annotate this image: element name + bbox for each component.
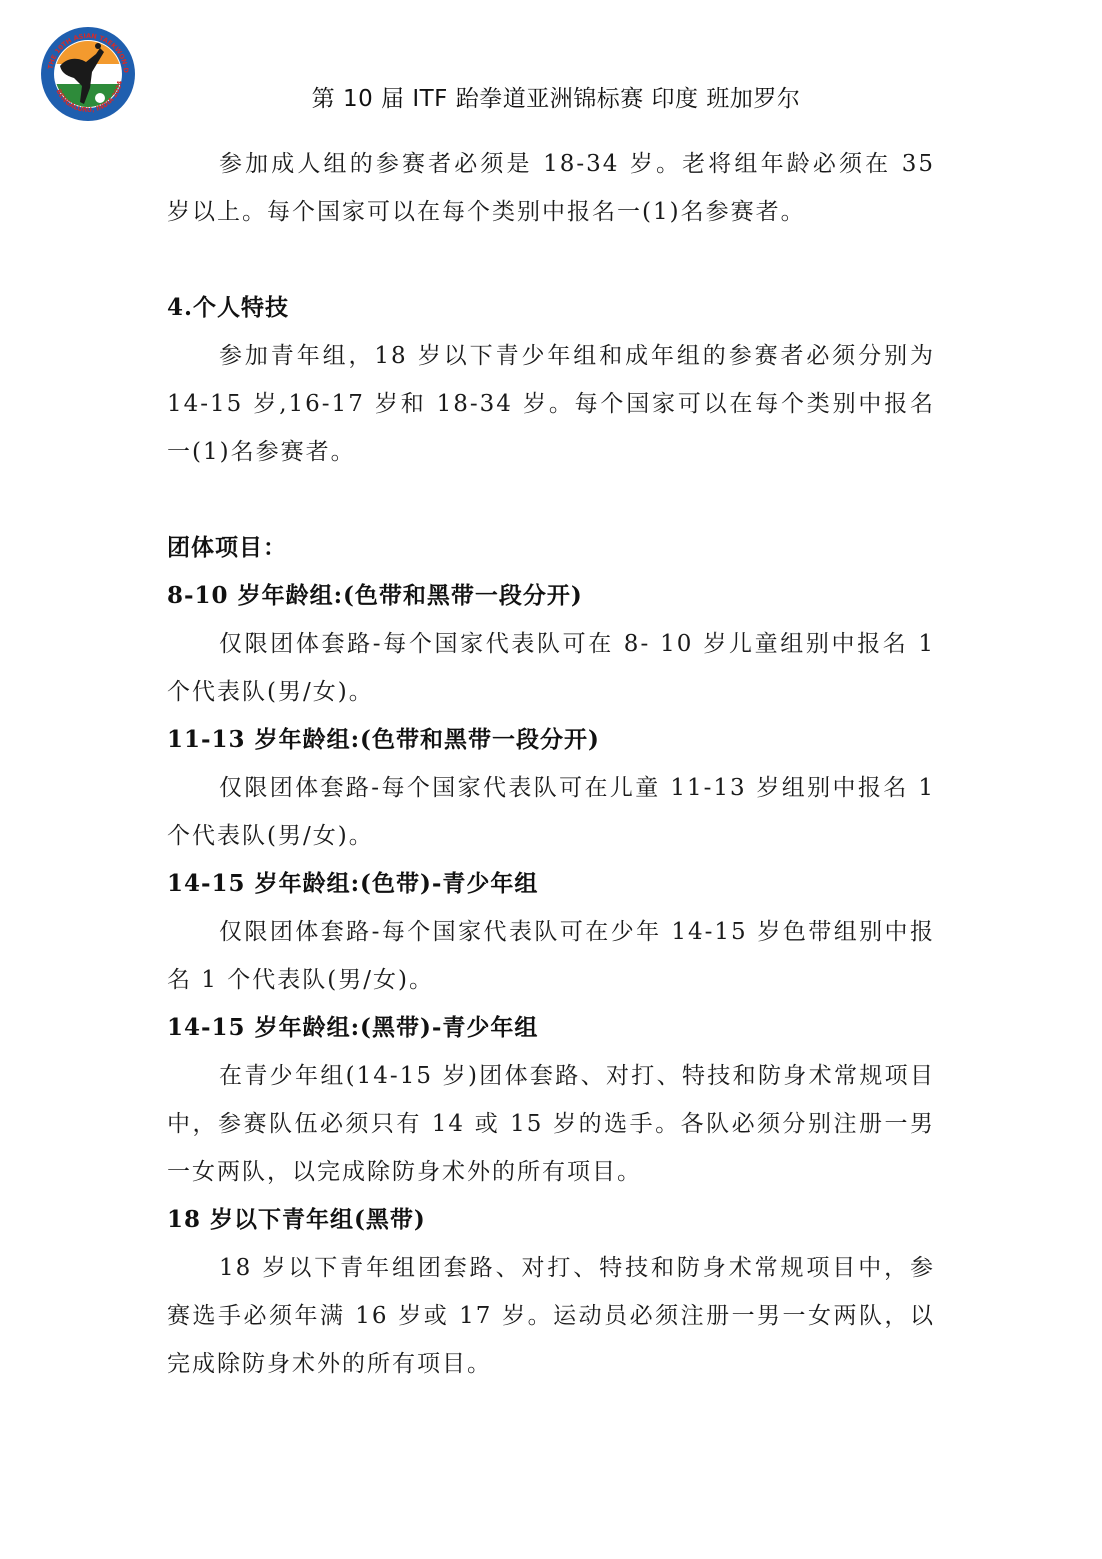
- spacer: [167, 476, 935, 524]
- paragraph-age-8-10: 仅限团体套路-每个国家代表队可在 8- 10 岁儿童组别中报名 1 个代表队(男…: [167, 620, 935, 716]
- heading-age-14-15-color-belt: 14-15 岁年龄组:(色带)-青少年组: [167, 860, 935, 908]
- document-body: 参加成人组的参赛者必须是 18-34 岁。老将组年龄必须在 35 岁以上。每个国…: [167, 140, 935, 1388]
- heading-age-11-13: 11-13 岁年龄组:(色带和黑带一段分开): [167, 716, 935, 764]
- paragraph-special-technique-ages: 参加青年组，18 岁以下青少年组和成年组的参赛者必须分别为 14-15 岁,16…: [167, 332, 935, 476]
- page-header-title: 第 10 届 ITF 跆拳道亚洲锦标赛 印度 班加罗尔: [0, 80, 1102, 113]
- paragraph-age-11-13: 仅限团体套路-每个国家代表队可在儿童 11-13 岁组别中报名 1 个代表队(男…: [167, 764, 935, 860]
- spacer: [167, 236, 935, 284]
- paragraph-under-18-black-belt: 18 岁以下青年组团套路、对打、特技和防身术常规项目中，参赛选手必须年满 16 …: [167, 1244, 935, 1388]
- paragraph-age-14-15-black-belt: 在青少年组(14-15 岁)团体套路、对打、特技和防身术常规项目中，参赛队伍必须…: [167, 1052, 935, 1196]
- paragraph-adult-veteran-eligibility: 参加成人组的参赛者必须是 18-34 岁。老将组年龄必须在 35 岁以上。每个国…: [167, 140, 935, 236]
- heading-team-events: 团体项目：: [167, 524, 935, 572]
- heading-individual-special-technique: 4.个人特技: [167, 284, 935, 332]
- paragraph-age-14-15-color-belt: 仅限团体套路-每个国家代表队可在少年 14-15 岁色带组别中报名 1 个代表队…: [167, 908, 935, 1004]
- heading-age-8-10: 8-10 岁年龄组:(色带和黑带一段分开): [167, 572, 935, 620]
- heading-under-18-black-belt: 18 岁以下青年组(黑带): [167, 1196, 935, 1244]
- heading-age-14-15-black-belt: 14-15 岁年龄组:(黑带)-青少年组: [167, 1004, 935, 1052]
